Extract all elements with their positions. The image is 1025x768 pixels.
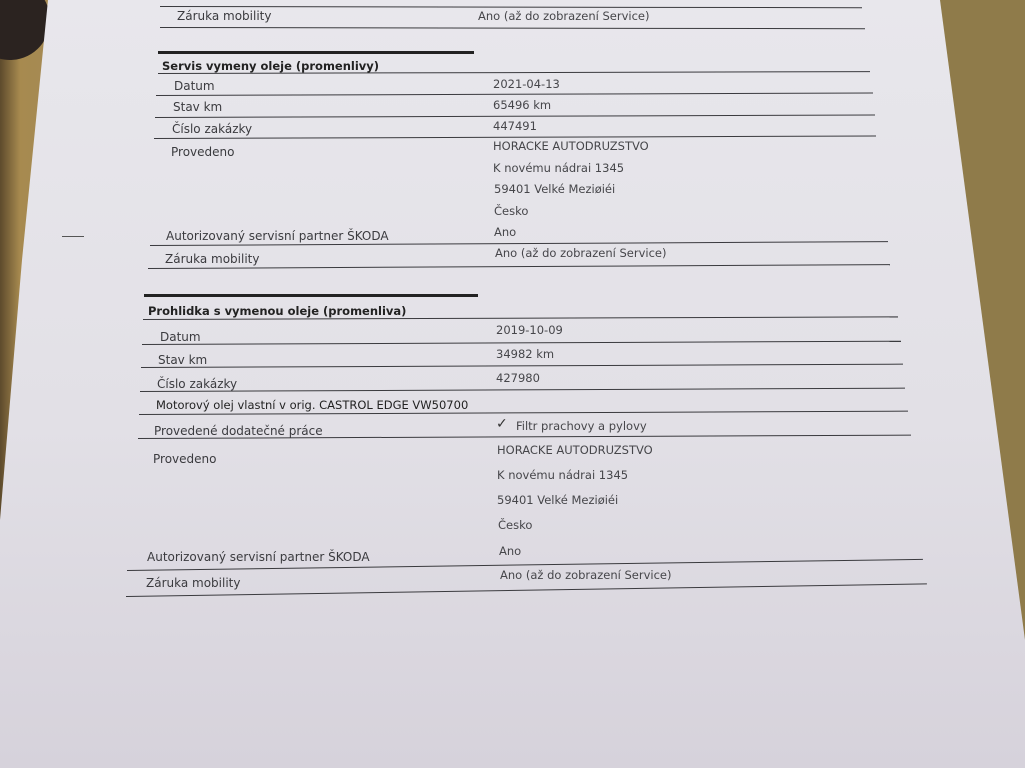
row-divider [126, 583, 927, 597]
address-line: K novému nádrai 1345 [493, 161, 624, 175]
margin-mark [62, 236, 84, 237]
row-label: Záruka mobility [177, 9, 271, 23]
checkmark-icon: ✓ [496, 416, 508, 432]
row-label-autorizovany-partner: Autorizovaný servisní partner ŠKODA [147, 550, 370, 564]
address-line: Česko [494, 204, 528, 218]
row-divider [155, 114, 875, 118]
row-value-autorizovany-partner: Ano [499, 544, 521, 558]
address-line: Česko [498, 518, 532, 532]
row-value: Ano (až do zobrazení Service) [478, 9, 649, 23]
row-label-datum: Datum [174, 79, 215, 93]
row-label-stav-km: Stav km [173, 100, 222, 114]
row-label-zaruka-mobility: Záruka mobility [146, 576, 240, 590]
row-divider [160, 6, 862, 8]
service-history-document: Záruka mobility Ano (až do zobrazení Ser… [0, 0, 1025, 768]
row-label-cislo-zakazky: Číslo zakázky [172, 122, 252, 136]
row-divider [156, 92, 873, 96]
row-label-dodatecne-prace: Provedené dodatečné práce [154, 424, 323, 438]
row-label-autorizovany-partner: Autorizovaný servisní partner ŠKODA [166, 229, 389, 243]
section-header-bar [158, 51, 474, 54]
row-label-cislo-zakazky: Číslo zakázky [157, 377, 237, 391]
section-title: Prohlidka s vymenou oleje (promenliva) [148, 304, 406, 318]
row-label-datum: Datum [160, 330, 201, 344]
section-header-bar [144, 294, 478, 297]
section-title: Servis vymeny oleje (promenlivy) [162, 59, 379, 73]
row-value-stav-km: 65496 km [493, 98, 551, 112]
address-line: 59401 Velké Meziøiéi [497, 493, 618, 507]
row-value-cislo-zakazky: 447491 [493, 119, 537, 133]
row-value-cislo-zakazky: 427980 [496, 371, 540, 385]
address-line: HORACKE AUTODRUZSTVO [493, 139, 649, 153]
row-label-provedeno: Provedeno [171, 145, 234, 159]
row-value-dodatecne-prace: Filtr prachovy a pylovy [516, 419, 647, 433]
row-label-stav-km: Stav km [158, 353, 207, 367]
row-label-motorovy-olej: Motorový olej vlastní v orig. CASTROL ED… [156, 398, 468, 412]
row-value-datum: 2021-04-13 [493, 77, 560, 91]
row-label-zaruka-mobility: Záruka mobility [165, 252, 259, 266]
row-value-autorizovany-partner: Ano [494, 225, 516, 239]
row-divider [160, 27, 865, 29]
address-line: K novému nádrai 1345 [497, 468, 628, 482]
row-divider [141, 364, 903, 368]
row-divider [142, 341, 901, 345]
row-value-zaruka-mobility: Ano (až do zobrazení Service) [500, 568, 671, 582]
row-divider [140, 388, 905, 392]
address-line: HORACKE AUTODRUZSTVO [497, 443, 653, 457]
row-value-zaruka-mobility: Ano (až do zobrazení Service) [495, 246, 666, 260]
row-value-datum: 2019-10-09 [496, 323, 563, 337]
address-line: 59401 Velké Meziøiéi [494, 182, 615, 196]
row-value-stav-km: 34982 km [496, 347, 554, 361]
row-label-provedeno: Provedeno [153, 452, 216, 466]
